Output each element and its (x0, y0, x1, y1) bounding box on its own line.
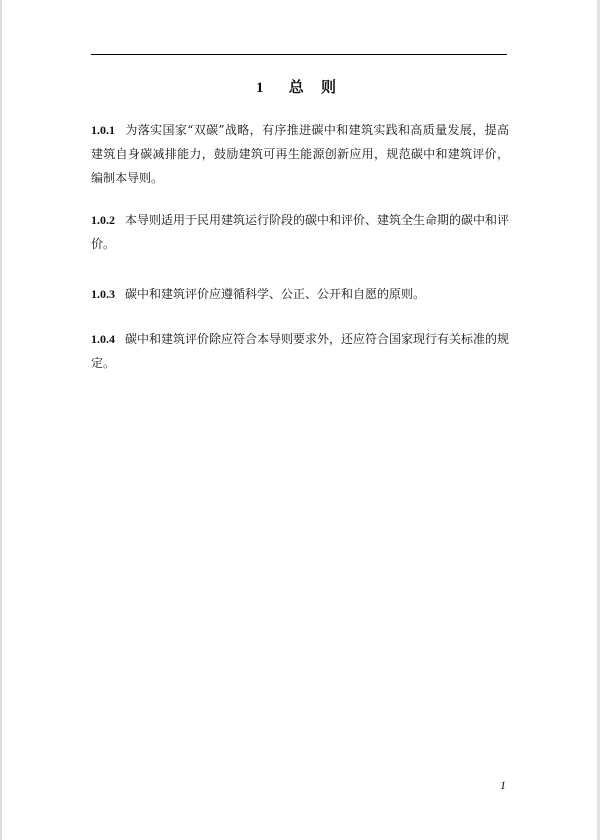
chapter-title-char: 则 (321, 78, 336, 96)
clause-text: 碳中和建筑评价除应符合本导则要求外，还应符合国家现行有关标准的规定。 (91, 332, 509, 370)
header-rule (91, 54, 507, 55)
clause-number: 1.0.1 (91, 123, 115, 137)
clause-1-0-1: 1.0.1为落实国家“双碳”战略，有序推进碳中和建筑实践和高质量发展，提高建筑自… (91, 118, 509, 190)
clause-text: 为落实国家“双碳”战略，有序推进碳中和建筑实践和高质量发展，提高建筑自身碳减排能… (91, 123, 509, 185)
clause-number: 1.0.2 (91, 213, 115, 227)
chapter-title: 1 总 则 (91, 76, 507, 97)
chapter-number: 1 (256, 80, 264, 96)
clause-1-0-4: 1.0.4碳中和建筑评价除应符合本导则要求外，还应符合国家现行有关标准的规定。 (91, 327, 509, 375)
page-edge-left (0, 0, 2, 840)
clause-text: 本导则适用于民用建筑运行阶段的碳中和评价、建筑全生命期的碳中和评价。 (91, 213, 509, 251)
chapter-title-char: 总 (289, 78, 304, 96)
clause-text: 碳中和建筑评价应遵循科学、公正、公开和自愿的原则。 (125, 287, 425, 301)
page-number: 1 (500, 778, 506, 793)
clause-1-0-2: 1.0.2本导则适用于民用建筑运行阶段的碳中和评价、建筑全生命期的碳中和评价。 (91, 208, 509, 256)
clause-number: 1.0.4 (91, 332, 115, 346)
clause-1-0-3: 1.0.3碳中和建筑评价应遵循科学、公正、公开和自愿的原则。 (91, 282, 509, 306)
clause-number: 1.0.3 (91, 287, 115, 301)
